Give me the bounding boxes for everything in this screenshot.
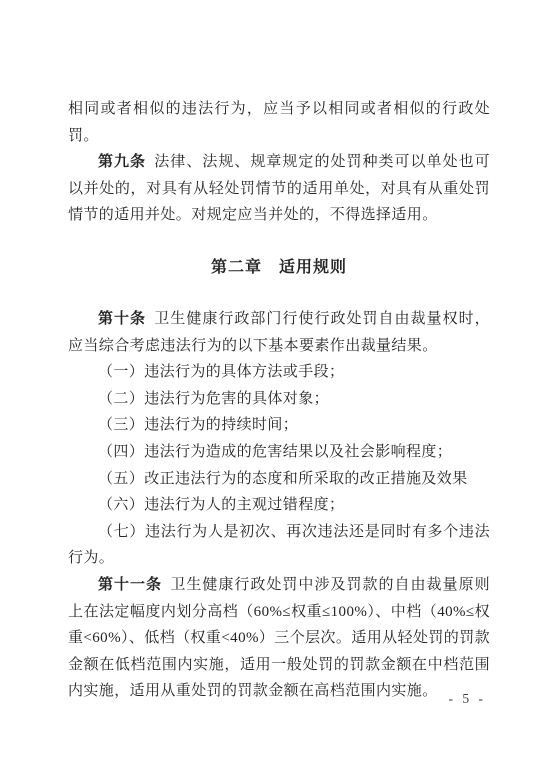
article-11-number: 第十一条 xyxy=(98,577,162,593)
paragraph-article-10: 第十条卫生健康行政部门行使行政处罚自由裁量权时，应当综合考虑违法行为的以下基本要… xyxy=(68,306,490,359)
list-item-3: （三）违法行为的持续时间； xyxy=(68,412,490,439)
paragraph-continuation: 相同或者相似的违法行为，应当予以相同或者相似的行政处罚。 xyxy=(68,96,490,149)
list-item-4: （四）违法行为造成的危害结果以及社会影响程度； xyxy=(68,439,490,466)
paragraph-article-9: 第九条法律、法规、规章规定的处罚种类可以单处也可以并处的，对具有从轻处罚情节的适… xyxy=(68,149,490,229)
article-10-number: 第十条 xyxy=(98,311,146,327)
list-item-2: （二）违法行为危害的具体对象； xyxy=(68,386,490,413)
list-item-1: （一）违法行为的具体方法或手段； xyxy=(68,359,490,386)
article-9-number: 第九条 xyxy=(98,154,146,170)
list-item-6: （六）违法行为人的主观过错程度； xyxy=(68,492,490,519)
paragraph-article-11: 第十一条卫生健康行政处罚中涉及罚款的自由裁量原则上在法定幅度内划分高档（60%≤… xyxy=(68,572,490,705)
list-item-7: （七）违法行为人是初次、再次违法还是同时有多个违法行为。 xyxy=(68,519,490,572)
page-number: - 5 - xyxy=(449,691,487,707)
document-body: 相同或者相似的违法行为，应当予以相同或者相似的行政处罚。 第九条法律、法规、规章… xyxy=(68,96,490,705)
list-item-5: （五）改正违法行为的态度和所采取的改正措施及效果 xyxy=(68,466,490,493)
article-11-text: 卫生健康行政处罚中涉及罚款的自由裁量原则上在法定幅度内划分高档（60%≤权重≤1… xyxy=(68,577,490,699)
chapter-heading: 第二章 适用规则 xyxy=(68,254,490,282)
document-page: 相同或者相似的违法行为，应当予以相同或者相似的行政处罚。 第九条法律、法规、规章… xyxy=(0,0,552,783)
